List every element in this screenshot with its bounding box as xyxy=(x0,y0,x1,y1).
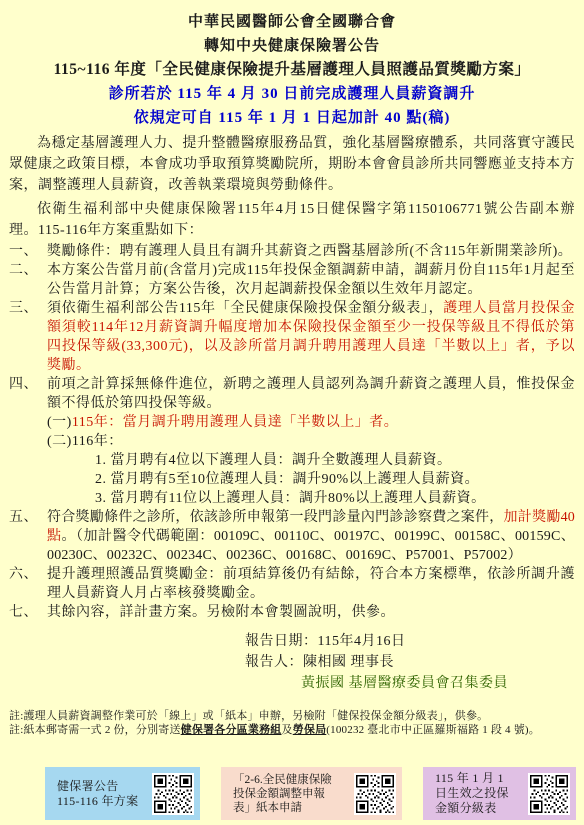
organization-title: 中華民國醫師公會全國聯合會 xyxy=(9,10,575,34)
qr-box-paper-application: 「2-6.全民健康保險 投保金額調整申報 表」紙本申請 xyxy=(221,767,402,820)
announcement-document: 中華民國醫師公會全國聯合會 轉知中央健康保險署公告 115~116 年度「全民健… xyxy=(0,0,584,825)
box-label-line: 「2-6.全民健康保險 xyxy=(233,773,350,787)
item-number: 五、 xyxy=(9,508,47,565)
signature-block: 報告日期：115年4月16日 報告人：陳相國 理事長 黃振國 基層醫療委員會召集… xyxy=(245,631,575,694)
list-item-7: 七、 其餘內容，詳計畫方案。另檢附本會製圖說明，供參。 xyxy=(9,603,575,622)
box-label-line: 表」紙本申請 xyxy=(233,801,350,815)
list-item-5: 五、 符合獎勵條件之診所，依該診所申報第一段門診量內門診診察費之案件，加計獎勵4… xyxy=(9,508,575,565)
note-prefix: 註: xyxy=(9,710,23,722)
footnote-1: 註:護理人員薪資調整作業可於「線上」或「紙本」申辦，另檢附「健保投保金額分級表」… xyxy=(9,709,575,723)
box-label: 健保署公告 115-116 年方案 xyxy=(57,779,148,809)
footnotes: 註:護理人員薪資調整作業可於「線上」或「紙本」申辦，另檢附「健保投保金額分級表」… xyxy=(9,709,575,737)
footnote-2: 註:紙本郵寄需一式 2 份，分別寄送健保署各分區業務組及勞保局(100232 臺… xyxy=(9,723,575,737)
item-text: 獎勵條件：聘有護理人員且有調升其薪資之西醫基層診所(不含115年新開業診所)。 xyxy=(47,242,575,261)
list-item-3: 三、 須依衛生福利部公告115年「全民健康保險投保金額分級表」，護理人員當月投保… xyxy=(9,299,575,375)
note-underlined-labor-bureau: 勞保局 xyxy=(293,724,327,736)
item-number: 四、 xyxy=(9,375,47,508)
list-item-4: 四、 前項之計算採無條件進位，新聘之護理人員認列為調升薪資之護理人員，惟投保金額… xyxy=(9,375,575,508)
item-text: 本方案公告當月前(含當月)完成115年投保金額調薪申請，調薪月份自115年1月起… xyxy=(47,261,575,299)
item-number: 六、 xyxy=(9,565,47,603)
note-underlined-nhi-branches: 健保署各分區業務組 xyxy=(181,724,282,736)
qr-code-icon xyxy=(354,773,396,815)
sub-item-text-red: 115年：當月調升聘用護理人員達「半數以上」者。 xyxy=(72,415,398,430)
item-text: 前項之計算採無條件進位，新聘之護理人員認列為調升薪資之護理人員，惟投保金額不得低… xyxy=(47,375,575,508)
box-label-line: 金額分級表 xyxy=(435,801,524,816)
box-label-line: 投保金額調整申報 xyxy=(233,787,350,801)
box-label: 115 年 1 月 1 日生效之投保 金額分級表 xyxy=(435,771,524,816)
forward-notice-title: 轉知中央健康保險署公告 xyxy=(9,34,575,58)
item-text: 提升護理照護品質獎勵金：前項結算後仍有結餘，符合本方案標準，依診所調升護理人員薪… xyxy=(47,565,575,603)
box-label: 「2-6.全民健康保險 投保金額調整申報 表」紙本申請 xyxy=(233,773,350,815)
sub-item-2-point-1: 1. 當月聘有4位以下護理人員：調升全數護理人員薪資。 xyxy=(47,451,575,470)
item-text-main: 前項之計算採無條件進位，新聘之護理人員認列為調升薪資之護理人員，惟投保金額不得低… xyxy=(47,377,575,411)
qr-link-boxes: 健保署公告 115-116 年方案 「2-6.全民健康保險 投保金額調整申報 表… xyxy=(45,767,576,820)
sub-item-2-point-3: 3. 當月聘有11位以上護理人員：調升80%以上護理人員薪資。 xyxy=(47,489,575,508)
sub-item-label: (一) xyxy=(47,415,72,430)
note-conjunction: 及 xyxy=(281,724,292,736)
list-item-2: 二、 本方案公告當月前(含當月)完成115年投保金額調薪申請，調薪月份自115年… xyxy=(9,261,575,299)
sub-item-1: (一)115年：當月調升聘用護理人員達「半數以上」者。 xyxy=(47,413,575,432)
box-label-line: 115-116 年方案 xyxy=(57,794,148,809)
item-text: 符合獎勵條件之診所，依該診所申報第一段門診量內門診診察費之案件，加計獎勵40點。… xyxy=(47,508,575,565)
report-date: 報告日期：115年4月16日 xyxy=(245,631,575,652)
program-title: 115~116 年度「全民健康保險提升基層護理人員照護品質獎勵方案」 xyxy=(9,58,575,82)
item-text: 須依衛生福利部公告115年「全民健康保險投保金額分級表」，護理人員當月投保金額須… xyxy=(47,299,575,375)
sub-item-2-label: (二)116年： xyxy=(47,432,575,451)
item-text-black: 須依衛生福利部公告115年「全民健康保險投保金額分級表」， xyxy=(47,301,443,316)
note-prefix: 註: xyxy=(9,724,23,736)
reporter-name: 報告人：陳相國 理事長 xyxy=(245,652,575,673)
box-label-line: 日生效之投保 xyxy=(435,786,524,801)
qr-box-nhi-announcement: 健保署公告 115-116 年方案 xyxy=(45,767,200,820)
key-points-list: 一、 獎勵條件：聘有護理人員且有調升其薪資之西醫基層診所(不含115年新開業診所… xyxy=(9,242,575,622)
list-item-6: 六、 提升護理照護品質獎勵金：前項結算後仍有結餘，符合本方案標準，依診所調升護理… xyxy=(9,565,575,603)
item-text-black: 符合獎勵條件之診所，依該診所申報第一段門診量內門診診察費之案件， xyxy=(47,510,504,525)
note-text: 紙本郵寄需一式 2 份，分別寄送 xyxy=(23,724,180,736)
qr-code-icon xyxy=(528,773,570,815)
subtitle-deadline: 診所若於 115 年 4 月 30 日前完成護理人員薪資調升 xyxy=(9,82,575,106)
sub-item-2-point-2: 2. 當月聘有5至10位護理人員：調升90%以上護理人員薪資。 xyxy=(47,470,575,489)
item-number: 三、 xyxy=(9,299,47,375)
note-text: 護理人員薪資調整作業可於「線上」或「紙本」申辦，另檢附「健保投保金額分級表」，供… xyxy=(23,710,488,722)
qr-box-insurance-grade-table: 115 年 1 月 1 日生效之投保 金額分級表 xyxy=(423,767,576,820)
intro-paragraph: 為穩定基層護理人力、提升整體醫療服務品質，強化基層醫療體系，共同落實守護民眾健康… xyxy=(9,133,575,196)
qr-code-icon xyxy=(152,773,194,815)
item-code-list: 。（加計醫令代碼範圍：00109C、00110C、00197C、00199C、0… xyxy=(47,529,575,563)
note-address: (100232 臺北市中正區羅斯福路 1 段 4 號)。 xyxy=(326,724,540,736)
document-header: 中華民國醫師公會全國聯合會 轉知中央健康保險署公告 115~116 年度「全民健… xyxy=(9,10,575,130)
legal-basis-paragraph: 依衛生福利部中央健康保險署115年4月15日健保醫字第1150106771號公告… xyxy=(9,199,575,241)
subtitle-effective-date: 依規定可自 115 年 1 月 1 日起加計 40 點(稿) xyxy=(9,106,575,130)
item-number: 二、 xyxy=(9,261,47,299)
item-number: 七、 xyxy=(9,603,47,622)
box-label-line: 115 年 1 月 1 xyxy=(435,771,524,786)
box-label-line: 健保署公告 xyxy=(57,779,148,794)
list-item-1: 一、 獎勵條件：聘有護理人員且有調升其薪資之西醫基層診所(不含115年新開業診所… xyxy=(9,242,575,261)
item-text: 其餘內容，詳計畫方案。另檢附本會製圖說明，供參。 xyxy=(47,603,575,622)
convener-name: 黃振國 基層醫療委員會召集委員 xyxy=(245,673,575,694)
item-number: 一、 xyxy=(9,242,47,261)
